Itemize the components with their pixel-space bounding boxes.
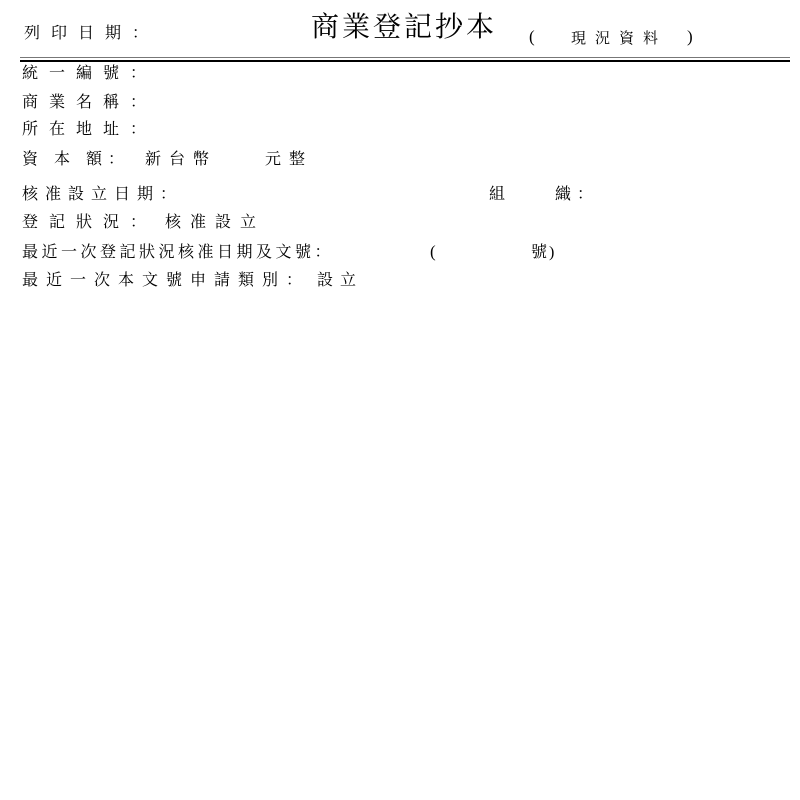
capital-unit: 元整 <box>265 150 313 170</box>
capital-label: 資 本 額： <box>22 150 130 170</box>
doc-number-paren-open-icon: ( <box>430 242 436 262</box>
capital-currency: 新台幣 <box>145 150 217 170</box>
document-page: 列印日期： 商業登記抄本 ( 現況資料 ) 統一編號： 商業名稱： 所在地址： … <box>0 0 800 800</box>
uniform-number-label: 統一編號： <box>22 64 157 84</box>
last-status-approval-label: 最近一次登記狀況核准日期及文號： <box>22 243 334 263</box>
print-date-label: 列印日期： <box>24 24 159 44</box>
business-name-label: 商業名稱： <box>22 93 157 113</box>
status-note-paren-close-icon: ) <box>687 27 693 47</box>
organization-label: 組 織： <box>489 185 599 205</box>
last-application-type-value: 設立 <box>317 271 363 291</box>
approval-date-label: 核准設立日期： <box>22 185 183 205</box>
status-note-label: 現況資料 <box>571 29 667 49</box>
last-application-type-label: 最近一次本文號申請類別： <box>22 271 310 291</box>
doc-number-suffix: 號) <box>531 243 556 263</box>
document-title: 商業登記抄本 <box>311 11 497 45</box>
registration-status-value: 核准設立 <box>165 213 265 233</box>
header-divider <box>20 57 790 62</box>
status-note-paren-open-icon: ( <box>529 27 535 47</box>
address-label: 所在地址： <box>22 120 157 140</box>
registration-status-label: 登記狀況： <box>22 213 157 233</box>
